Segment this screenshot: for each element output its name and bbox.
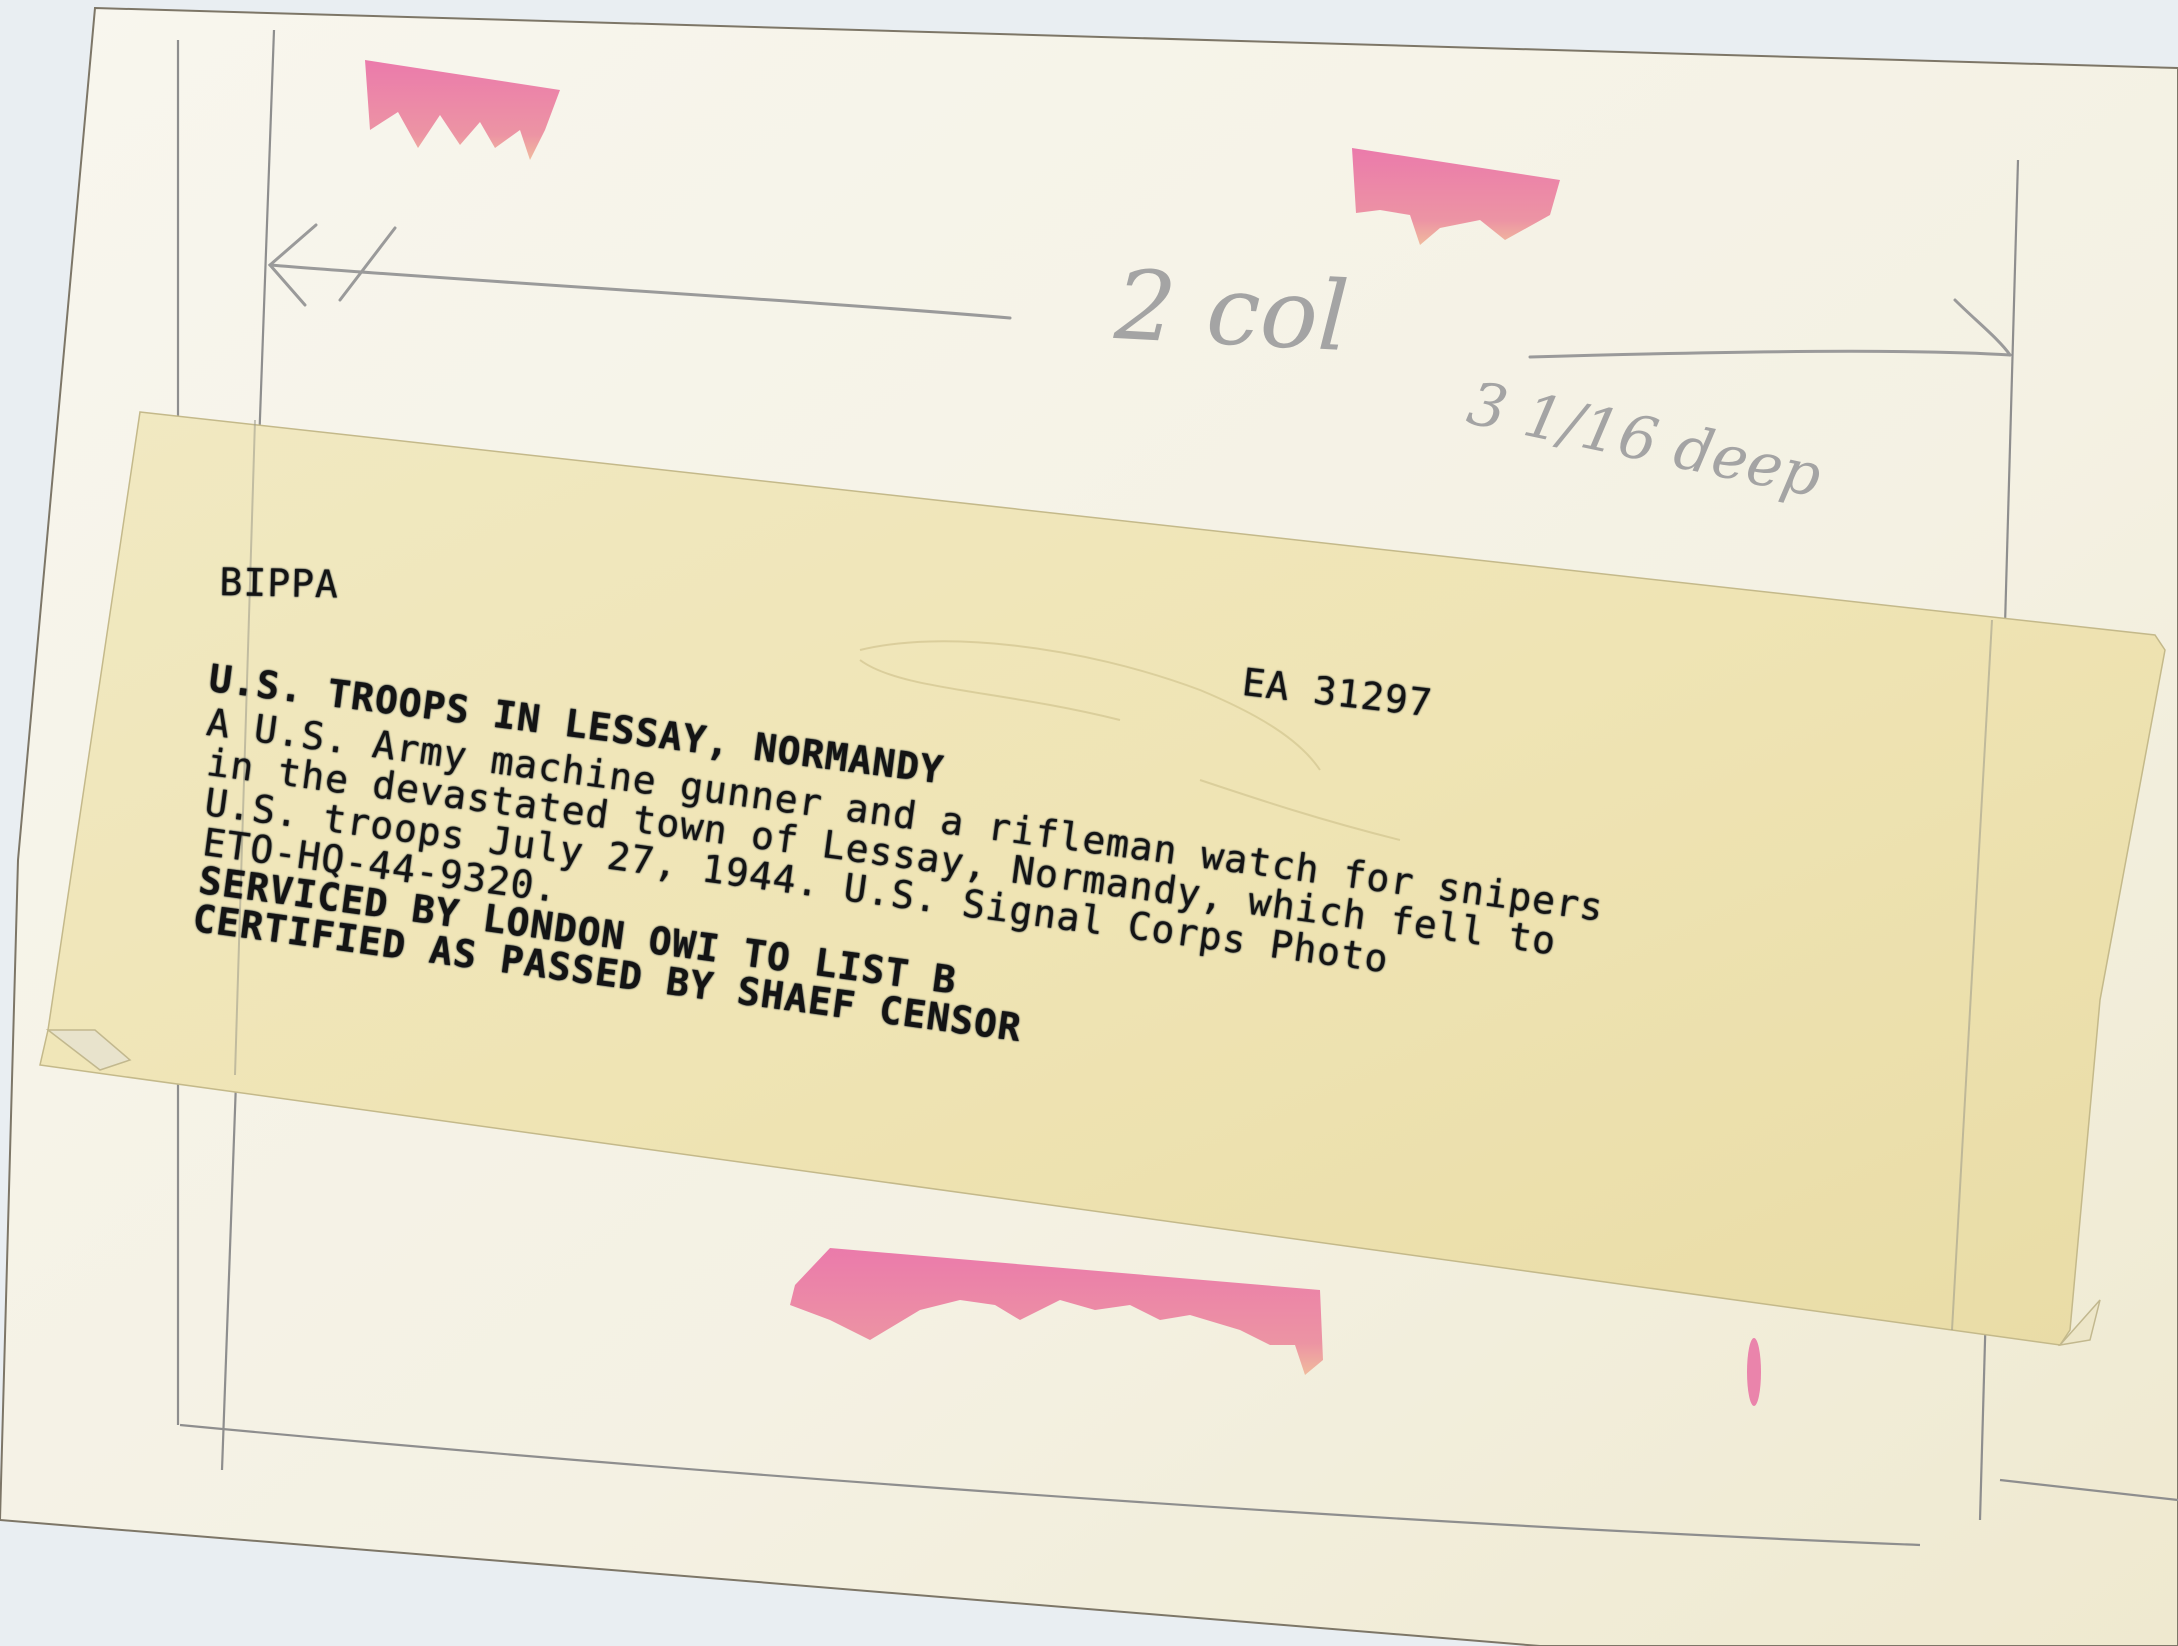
photo-card-back: 2 col 3 1/16 deep BIPPA U.S. TROOPS IN L…	[0, 0, 2178, 1646]
agency-label: BIPPA	[219, 560, 339, 606]
photo-number: EA 31297	[1240, 660, 1435, 725]
typed-caption: BIPPA U.S. TROOPS IN LESSAY, NORMANDY EA…	[0, 0, 2178, 1646]
